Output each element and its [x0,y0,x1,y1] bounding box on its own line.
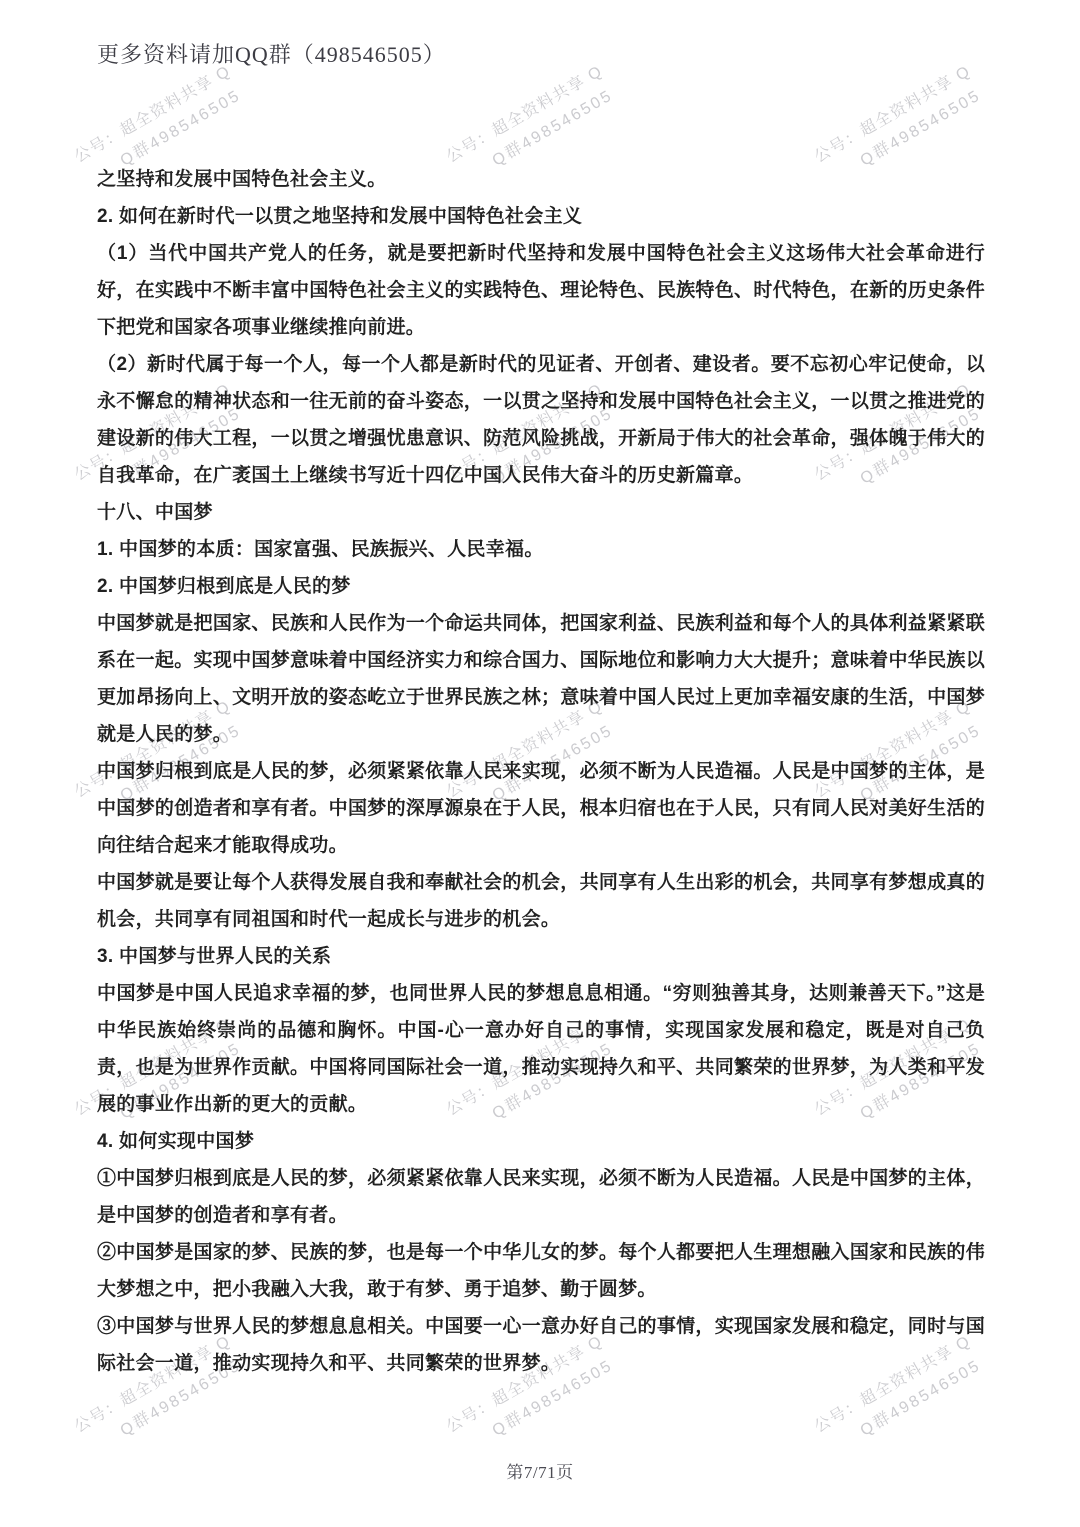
paragraph-11: 3. 中国梦与世界人民的关系 [97,938,985,975]
paragraph-15: ②中国梦是国家的梦、民族的梦，也是每一个中华儿女的梦。每个人都要把人生理想融入国… [97,1234,985,1308]
paragraph-10: 中国梦就是要让每个人获得发展自我和奉献社会的机会，共同享有人生出彩的机会，共同享… [97,864,985,938]
watermark-line2: Q群498546505 [488,76,633,175]
paragraph-13: 4. 如何实现中国梦 [97,1123,985,1160]
page-number: 第7/71页 [0,1458,1080,1483]
watermark-line1: 公号：超全资料共享 Q [810,53,988,171]
paragraph-16: ③中国梦与世界人民的梦想息息相关。中国要一心一意办好自己的事情，实现国家发展和稳… [97,1308,985,1382]
paragraph-8: 中国梦就是把国家、民族和人民作为一个命运共同体，把国家利益、民族利益和每个人的具… [97,605,985,753]
paragraph-12: 中国梦是中国人民追求幸福的梦，也同世界人民的梦想息息相通。“穷则独善其身，达则兼… [97,975,985,1123]
watermark-line1: 公号：超全资料共享 Q [70,53,248,171]
document-page: 公号：超全资料共享 QQ群498546505公号：超全资料共享 QQ群49854… [0,0,1080,1527]
document-body: 之坚持和发展中国特色社会主义。2. 如何在新时代一以贯之地坚持和发展中国特色社会… [97,161,985,1382]
paragraph-1: 之坚持和发展中国特色社会主义。 [97,161,985,198]
watermark-line1: 公号：超全资料共享 Q [442,53,620,171]
header-note: 更多资料请加QQ群（498546505） [97,38,446,69]
paragraph-4: （2）新时代属于每一个人，每一个人都是新时代的见证者、开创者、建设者。要不忘初心… [97,346,985,494]
watermark-line2: Q群498546505 [856,76,1001,175]
paragraph-3: （1）当代中国共产党人的任务，就是要把新时代坚持和发展中国特色社会主义这场伟大社… [97,235,985,346]
paragraph-9: 中国梦归根到底是人民的梦，必须紧紧依靠人民来实现，必须不断为人民造福。人民是中国… [97,753,985,864]
paragraph-2: 2. 如何在新时代一以贯之地坚持和发展中国特色社会主义 [97,198,985,235]
watermark-line2: Q群498546505 [116,76,261,175]
paragraph-6: 1. 中国梦的本质：国家富强、民族振兴、人民幸福。 [97,531,985,568]
paragraph-14: ①中国梦归根到底是人民的梦，必须紧紧依靠人民来实现，必须不断为人民造福。人民是中… [97,1160,985,1234]
paragraph-5: 十八、中国梦 [97,494,985,531]
paragraph-7: 2. 中国梦归根到底是人民的梦 [97,568,985,605]
